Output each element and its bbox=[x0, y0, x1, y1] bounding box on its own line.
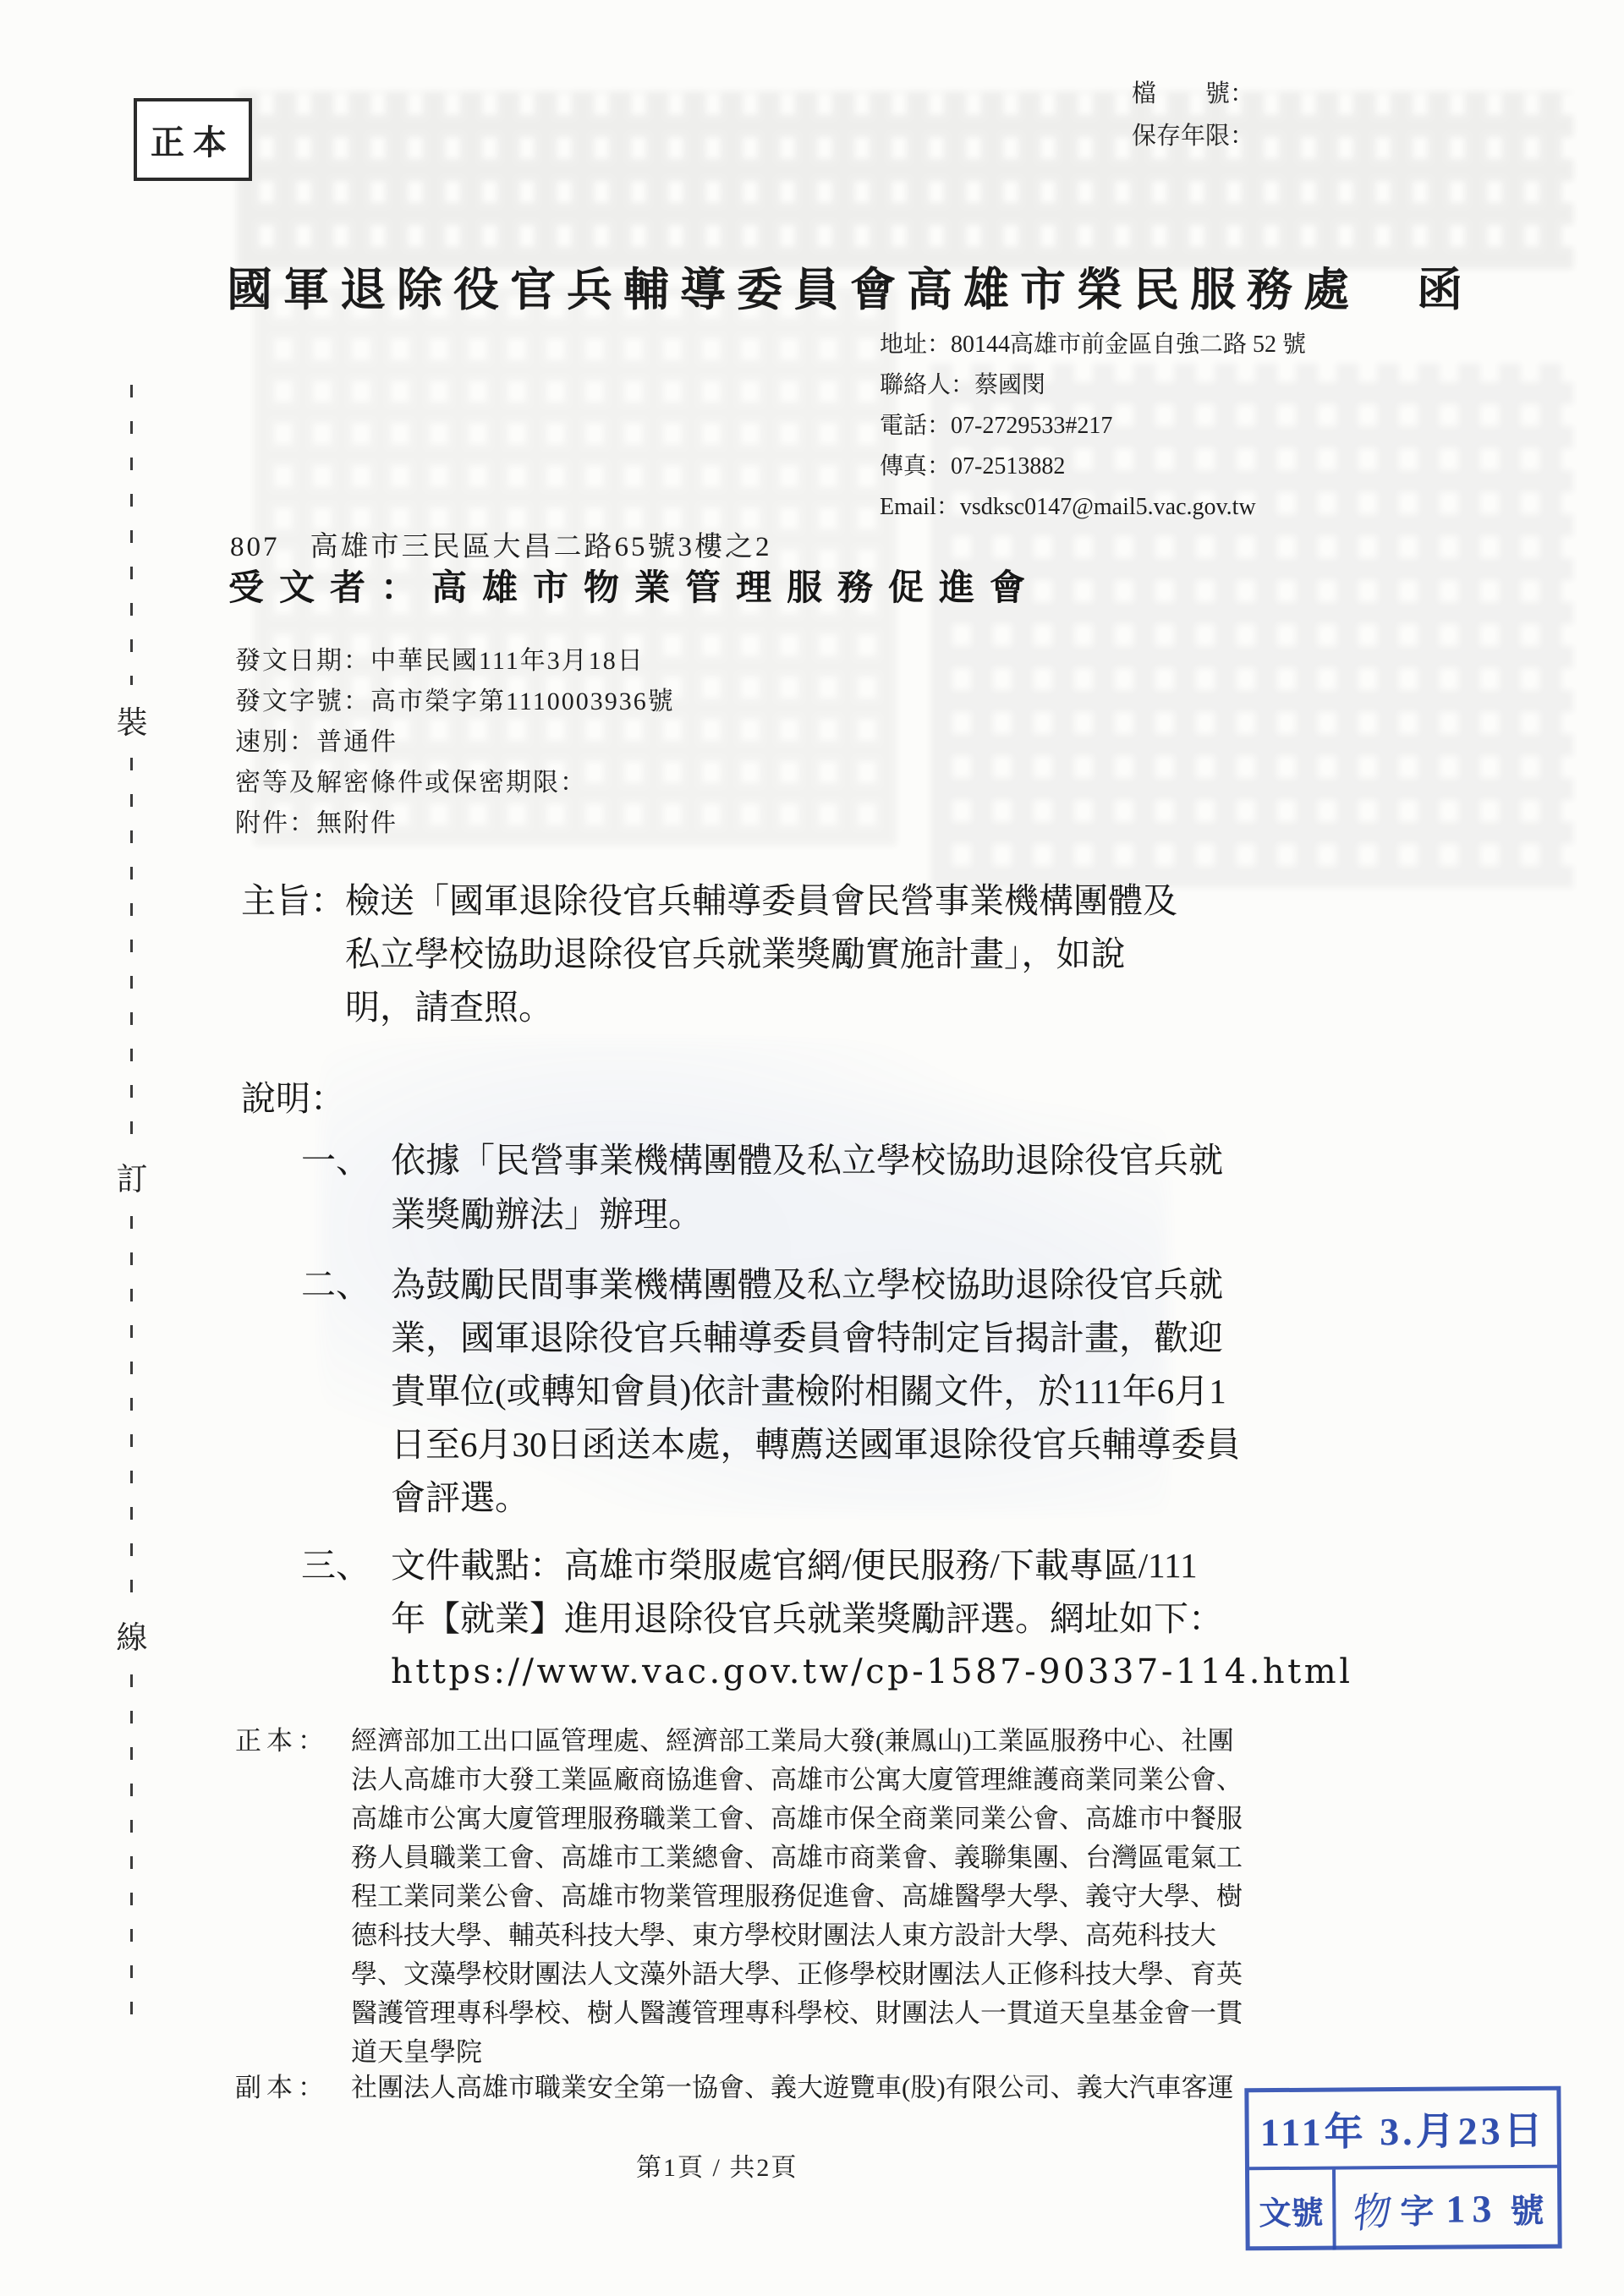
sender-address: 地址：80144高雄市前金區自強二路 52 號 bbox=[880, 325, 1306, 365]
sender-contact-person: 聯絡人：蔡國閔 bbox=[880, 365, 1306, 406]
item-line: 會評選。 bbox=[301, 1471, 1426, 1525]
stamp-zi-char: 字 bbox=[1400, 2185, 1434, 2233]
sender-email: Email：vsdksc0147@mail5.vac.gov.tw bbox=[880, 487, 1306, 528]
stamp-docno-value: 物 字 13 號 bbox=[1336, 2168, 1558, 2250]
binding-dashed-line bbox=[130, 385, 133, 685]
stamp-date: 111年 3.月23日 bbox=[1248, 2091, 1557, 2171]
item-line: 為鼓勵民間事業機構團體及私立學校協助退除役官兵就 bbox=[301, 1258, 1426, 1312]
distribution-line: 醫護管理專科學校、樹人醫護管理專科學校、財團法人一貫道天皇基金會一貫 bbox=[235, 1994, 1529, 2033]
subject-line: 私立學校協助退除役官兵就業獎勵實施計畫」，如說 bbox=[241, 928, 1366, 981]
item-line: 日至6月30日函送本處，轉薦送國軍退除役官兵輔導委員 bbox=[301, 1418, 1426, 1471]
explanation-item-1: 一、 依據「民營事業機構團體及私立學校協助退除役官兵就 業獎勵辦法」辦理。 bbox=[301, 1133, 1426, 1241]
original-distribution-list: 正本： 經濟部加工出口區管理處、經濟部工業局大發(兼鳳山)工業區服務中心、社團 … bbox=[235, 1722, 1529, 2072]
recipient-zip-address: 807 高雄市三民區大昌二路65號3樓之2 bbox=[230, 524, 772, 564]
page-indicator: 第1頁 / 共2頁 bbox=[636, 2146, 798, 2184]
distribution-line: 道天皇學院 bbox=[235, 2033, 1529, 2072]
bleedthrough-artifact bbox=[237, 91, 1573, 269]
file-number-label: 檔 號： bbox=[1132, 73, 1254, 115]
item-line: 業獎勵辦法」辦理。 bbox=[301, 1187, 1426, 1241]
item-number: 三、 bbox=[301, 1539, 370, 1592]
sender-contact-block: 地址：80144高雄市前金區自強二路 52 號 聯絡人：蔡國閔 電話：07-27… bbox=[880, 325, 1306, 528]
stamp-hao-char: 號 bbox=[1510, 2184, 1544, 2233]
subject-line: 主旨：檢送「國軍退除役官兵輔導委員會民營事業機構團體及 bbox=[241, 874, 1366, 928]
subject-block: 主旨：檢送「國軍退除役官兵輔導委員會民營事業機構團體及 私立學校協助退除役官兵就… bbox=[241, 874, 1366, 1034]
binding-dashed-line bbox=[130, 1216, 133, 1598]
document-meta-block: 發文日期：中華民國111年3月18日 發文字號：高市榮字第1110003936號… bbox=[235, 641, 675, 844]
copy-label: 副本： bbox=[235, 2069, 329, 2107]
item-line: 文件載點：高雄市榮服處官網/便民服務/下載專區/111 bbox=[301, 1539, 1426, 1592]
distribution-line: 學、文藻學校財團法人文藻外語大學、正修學校財團法人正修科技大學、育英 bbox=[235, 1955, 1529, 1994]
binding-dashed-line bbox=[130, 758, 133, 1140]
binding-mark-ding: 訂 bbox=[115, 1153, 149, 1199]
stamp-number: 13 bbox=[1446, 2186, 1498, 2231]
explanation-item-2: 二、 為鼓勵民間事業機構團體及私立學校協助退除役官兵就 業，國軍退除役官兵輔導委… bbox=[301, 1258, 1426, 1525]
stamp-docno-label: 文號 bbox=[1249, 2170, 1336, 2251]
sender-phone: 電話：07-2729533#217 bbox=[880, 406, 1306, 447]
download-url: https://www.vac.gov.tw/cp-1587-90337-114… bbox=[301, 1646, 1426, 1699]
copy-type-box: 正本 bbox=[134, 98, 252, 181]
item-number: 一、 bbox=[301, 1133, 370, 1187]
item-line: 貴單位(或轉知會員)依計畫檢附相關文件，於111年6月1 bbox=[301, 1365, 1426, 1418]
binding-dashed-line bbox=[130, 1674, 133, 2019]
speed-class: 速別：普通件 bbox=[235, 722, 675, 763]
distribution-line: 法人高雄市大發工業區廠商協進會、高雄市公寓大廈管理維護商業同業公會、 bbox=[235, 1761, 1529, 1800]
recipient-name: 受文者：高雄市物業管理服務促進會 bbox=[228, 560, 1040, 611]
item-line: 年【就業】進用退除役官兵就業獎勵評選。網址如下： bbox=[301, 1592, 1426, 1646]
archive-fields: 檔 號： 保存年限： bbox=[1132, 73, 1254, 157]
explanation-item-3: 三、 文件載點：高雄市榮服處官網/便民服務/下載專區/111 年【就業】進用退除… bbox=[301, 1539, 1426, 1699]
sender-fax: 傳真：07-2513882 bbox=[880, 447, 1306, 487]
retention-period-label: 保存年限： bbox=[1132, 115, 1254, 157]
security-class: 密等及解密條件或保密期限： bbox=[235, 763, 675, 803]
item-number: 二、 bbox=[301, 1258, 370, 1312]
distribution-line: 經濟部加工出口區管理處、經濟部工業局大發(兼鳳山)工業區服務中心、社團 bbox=[235, 1722, 1529, 1761]
distribution-line: 務人員職業工會、高雄市工業總會、高雄市商業會、義聯集團、台灣區電氣工 bbox=[235, 1838, 1529, 1877]
stamp-handwritten-char: 物 bbox=[1346, 2179, 1392, 2240]
subject-line: 明，請查照。 bbox=[241, 981, 1366, 1034]
attachment-note: 附件：無附件 bbox=[235, 803, 675, 844]
stamp-docno-row: 文號 物 字 13 號 bbox=[1249, 2168, 1558, 2251]
item-line: 業，國軍退除役官兵輔導委員會特制定旨揭計畫，歡迎 bbox=[301, 1312, 1426, 1365]
binding-mark-xian: 線 bbox=[115, 1612, 149, 1658]
issue-date: 發文日期：中華民國111年3月18日 bbox=[235, 641, 675, 682]
explanation-heading: 說明： bbox=[241, 1071, 345, 1121]
distribution-line: 高雄市公寓大廈管理服務職業工會、高雄市保全商業同業公會、高雄市中餐服 bbox=[235, 1800, 1529, 1838]
binding-mark-zhuang: 裝 bbox=[115, 697, 149, 743]
received-date-stamp: 111年 3.月23日 文號 物 字 13 號 bbox=[1244, 2086, 1561, 2251]
item-line: 依據「民營事業機構團體及私立學校協助退除役官兵就 bbox=[301, 1133, 1426, 1187]
letter-title: 國軍退除役官兵輔導委員會高雄市榮民服務處 函 bbox=[227, 254, 1473, 319]
original-label: 正本： bbox=[235, 1722, 329, 1761]
distribution-line: 德科技大學、輔英科技大學、東方學校財團法人東方設計大學、高苑科技大 bbox=[235, 1916, 1529, 1955]
issue-number: 發文字號：高市榮字第1110003936號 bbox=[235, 682, 675, 722]
distribution-line: 程工業同業公會、高雄市物業管理服務促進會、高雄醫學大學、義守大學、樹 bbox=[235, 1877, 1529, 1916]
scanned-letter-page: 裝 訂 線 正本 檔 號： 保存年限： 國軍退除役官兵輔導委員會高雄市榮民服務處… bbox=[0, 0, 1624, 2296]
